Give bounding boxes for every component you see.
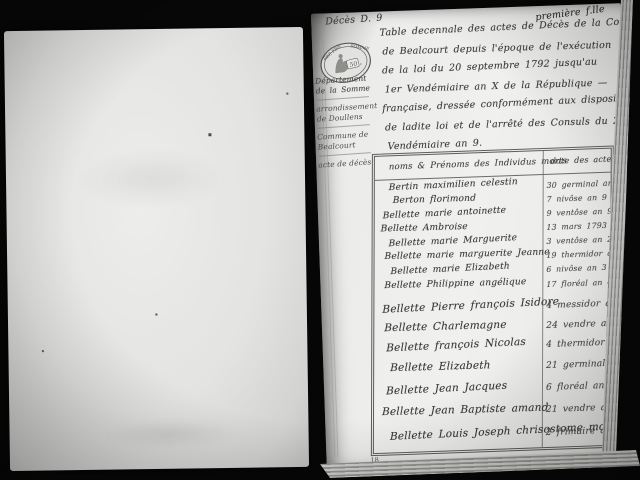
margin-note-departement: Département de la Somme [315, 73, 378, 97]
date-column-header: date des actes [551, 154, 614, 165]
table-row: Bellette Charlemagne 24 vendre an 6 [374, 315, 610, 335]
margin-annotations: Département de la Somme arrondissement d… [315, 74, 380, 170]
act-date: 2 frimaire an 10 [546, 425, 614, 438]
names-column-header: noms & Prénoms des Individus morts [389, 156, 567, 172]
ink-bleed-smudge [76, 148, 227, 210]
corner-note: Décès D. 9 [325, 13, 383, 28]
deceased-name: Berton florimond [393, 194, 477, 206]
act-date: 4 thermidor an 7 [546, 337, 614, 350]
deceased-name: Bellette Jean Jacques [386, 380, 507, 398]
deceased-name: Bellette Charlemagne [384, 319, 506, 334]
act-date: 21 germinal an 9 [546, 358, 614, 371]
act-date: 6 floréal an 9 [546, 381, 614, 393]
ink-bleed-smudge [99, 418, 239, 450]
deceased-name: Bellette Ambroise [381, 222, 468, 234]
act-date: 6 nivôse an 3 [546, 263, 606, 274]
register-recto-page: Décès D. 9 première f.lle REP. FRA. SOMM… [311, 3, 637, 466]
table-row: Bellette Philippine angélique 17 floréal… [374, 274, 610, 292]
act-date: 4 messidor an 4 [546, 298, 614, 311]
paper-specks [4, 31, 5, 32]
table-row: Bellette Jean Baptiste amand 21 vendre a… [374, 399, 610, 419]
table-row: Bellette françois Nicolas 4 thermidor an… [374, 334, 610, 354]
act-date: 17 floréal an 4 [546, 278, 612, 289]
act-date: 24 vendre an 6 [546, 318, 614, 331]
deceased-name: Bellette marie antoinette [383, 206, 506, 222]
margin-note-arrondissement: arrondissement de Doullens [316, 101, 379, 125]
margin-rule [319, 152, 371, 157]
table-row: Bellette Elizabeth 21 germinal an 9 [374, 355, 610, 375]
decennial-table: noms & Prénoms des Individus morts date … [371, 146, 614, 457]
act-date: 21 vendre an 10 [546, 402, 614, 415]
deceased-name: Bellette marie Elizabeth [390, 261, 509, 277]
table-row: Bellette Pierre françois Isidore 4 messi… [374, 295, 610, 315]
deceased-name: Bellette Elizabeth [390, 359, 491, 374]
deceased-name: Bellette marie marguerite Jeanne [385, 247, 550, 262]
register-photo-scan: Décès D. 9 première f.lle REP. FRA. SOMM… [0, 0, 640, 480]
blank-verso-page [4, 27, 309, 471]
table-row: Bellette Louis Joseph chrisostome mort 2… [374, 422, 610, 442]
deceased-name: Bellette Philippine angélique [384, 277, 526, 291]
margin-rule [317, 96, 369, 101]
sheet-number: 18 [370, 456, 379, 464]
deceased-name: Bellette marie Marguerite [389, 233, 518, 249]
title-paragraph: Table decennale des actes de Décès de la… [380, 19, 624, 160]
deceased-name: Bellette Pierre françois Isidore [382, 295, 559, 315]
deceased-name: Bellette Jean Baptiste amand [382, 402, 549, 419]
table-row: Bellette Jean Jacques 6 floréal an 9 [374, 377, 610, 397]
deceased-name: Bellette françois Nicolas [386, 336, 526, 355]
margin-rule [318, 124, 370, 129]
margin-note-commune: Commune de Bealcourt [317, 129, 380, 153]
